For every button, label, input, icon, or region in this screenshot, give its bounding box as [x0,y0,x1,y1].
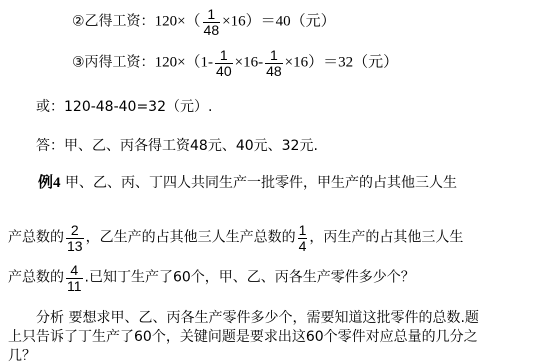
analysis-line-2: 上只告诉了丁生产了60个，关键问题是要求出这60个零件对应总量的几分之 [8,328,552,347]
step2-label: ②乙得工资： [72,14,155,30]
fraction: 213 [66,223,84,254]
example-line-3: 产总数的411.已知丁生产了60个，甲、乙、丙各生产零件多少个？ [8,262,415,293]
example-text-3a: 产总数的 [8,270,64,286]
step3-expr-b: ×16- [235,55,263,71]
example-text-1: 甲、乙、丙、丁四人共同生产一批零件，甲生产的占其他三人生 [65,175,457,191]
fraction: 140 [215,48,233,79]
example-line-1: 例4 甲、乙、丙、丁四人共同生产一批零件，甲生产的占其他三人生 [38,174,457,192]
fraction: 148 [203,7,221,38]
step2-expr-a: 120×（ [155,14,201,30]
step2-line: ②乙得工资：120×（148×16）＝40（元） [72,6,336,37]
step3-line: ③丙得工资：120×（1-140×16-148×16）＝32（元） [72,47,398,78]
step3-expr-a: 120×（1- [155,55,213,71]
example-label: 例4 [38,175,61,191]
answer: 答：甲、乙、丙各得工资48元、40元、32元. [36,137,318,155]
step2-expr-b: ×16）＝40（元） [222,14,335,30]
fraction: 14 [298,223,308,254]
example-line-2: 产总数的213，乙生产的占其他三人生产总数的14，丙生产的占其他三人生 [8,222,463,253]
example-text-2b: ，乙生产的占其他三人生产总数的 [86,230,296,246]
analysis-line-1: 分析 要想求甲、乙、丙各生产零件多少个，需要知道这批零件的总数.题 [8,309,552,328]
fraction: 148 [265,48,283,79]
step3-expr-c: ×16）＝32（元） [285,55,398,71]
alt-text: 或：120-48-40=32（元）. [36,99,212,115]
example-text-3b: .已知丁生产了60个，甲、乙、丙各生产零件多少个？ [85,270,415,286]
alternative-calc: 或：120-48-40=32（元）. [36,98,212,116]
analysis-paragraph: 分析 要想求甲、乙、丙各生产零件多少个，需要知道这批零件的总数.题 上只告诉了丁… [8,309,552,364]
example-text-2a: 产总数的 [8,230,64,246]
fraction: 411 [66,263,83,294]
analysis-line-3: 几？ [8,347,552,364]
example-text-2c: ，丙生产的占其他三人生 [309,230,463,246]
step3-label: ③丙得工资： [72,55,155,71]
answer-text: 答：甲、乙、丙各得工资48元、40元、32元. [36,138,318,154]
